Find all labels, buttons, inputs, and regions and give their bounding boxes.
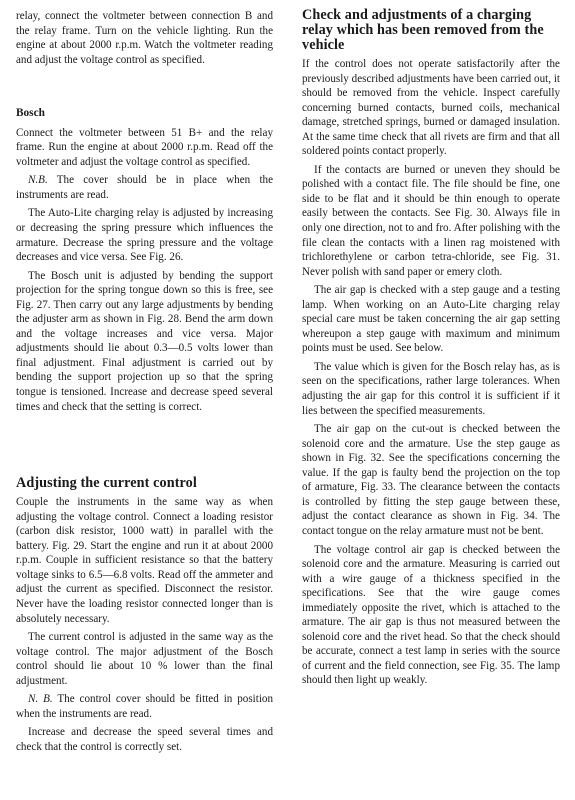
current-same-way-paragraph: The current control is adjusted in the s… [16,630,273,688]
section-heading-removed-relay: Check and adjustments of a charging rela… [302,8,560,53]
nb-text: The cover should be in place when the in… [16,174,273,201]
final-paragraph: Increase and decrease the speed several … [16,725,273,754]
section-heading-current-control: Adjusting the current control [16,476,273,491]
bosch-heading: Bosch [16,106,273,121]
nb-text: The control cover should be fitted in po… [16,693,273,720]
nb-label: N.B. [28,174,48,186]
current-control-paragraph: Couple the instruments in the same way a… [16,495,273,626]
body-paragraph: The value which is given for the Bosch r… [302,360,560,418]
intro-paragraph: relay, connect the voltmeter between con… [16,9,273,67]
left-column: relay, connect the voltmeter between con… [16,0,273,754]
autolite-paragraph: The Auto-Lite charging relay is adjusted… [16,206,273,264]
nb-note-cover: N.B. The cover should be in place when t… [16,173,273,202]
body-paragraph: If the control does not operate satisfac… [302,57,560,159]
bosch-unit-paragraph: The Bosch unit is adjusted by bending th… [16,269,273,414]
bosch-paragraph: Connect the voltmeter between 51 B+ and … [16,126,273,170]
body-paragraph: The air gap on the cut-out is checked be… [302,422,560,538]
body-paragraph: The air gap is checked with a step gauge… [302,283,560,356]
nb-note-control-cover: N. B. The control cover should be fitted… [16,692,273,721]
nb-label: N. B. [28,693,53,705]
right-column: Check and adjustments of a charging rela… [302,0,560,688]
body-paragraph: If the contacts are burned or uneven the… [302,163,560,279]
body-paragraph: The voltage control air gap is checked b… [302,543,560,688]
